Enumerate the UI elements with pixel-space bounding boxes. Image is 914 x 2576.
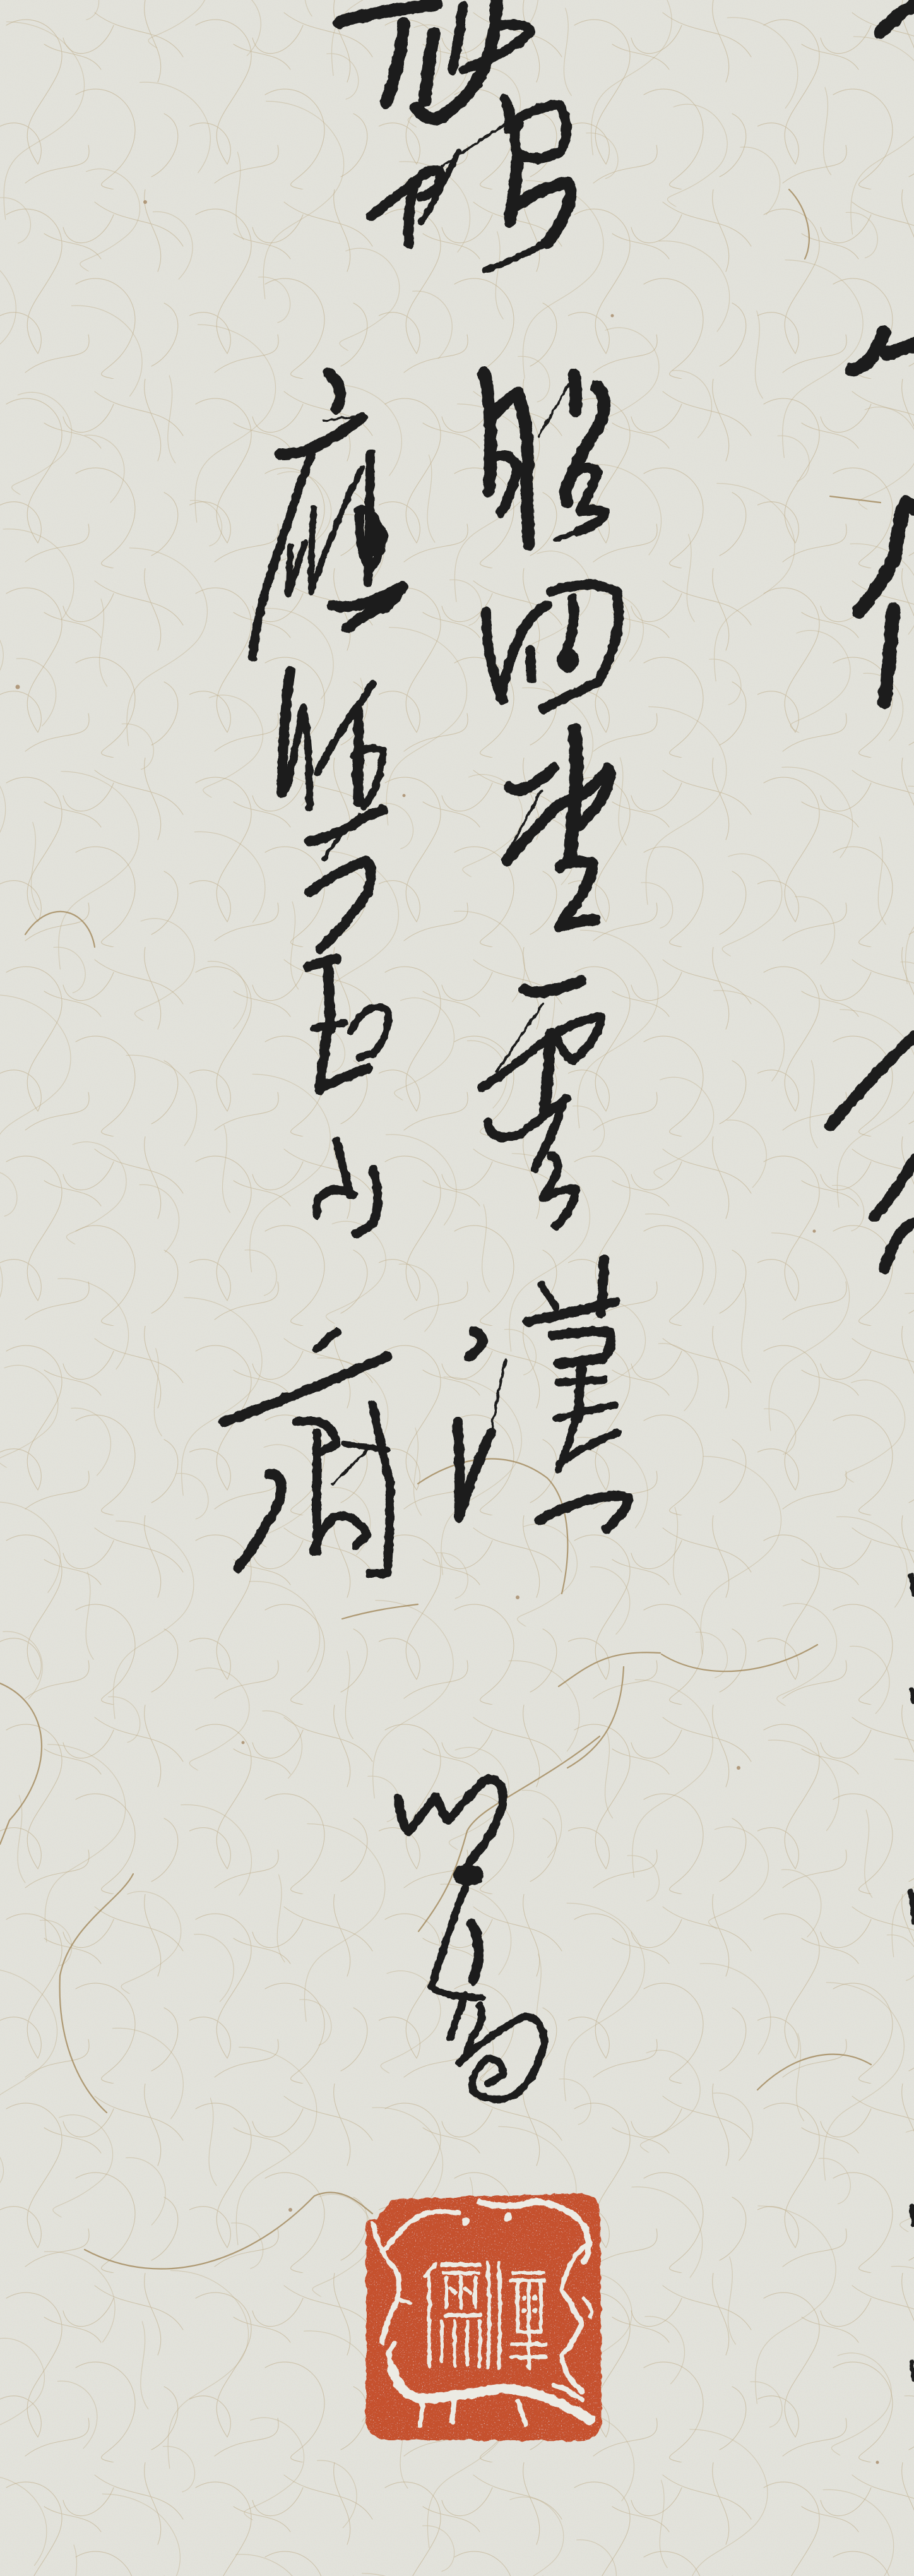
calligraphy-artwork: 鶴 鳴 昭 回 (0, 0, 914, 2576)
paper-fibers-pattern-b (0, 0, 914, 2576)
artwork-canvas: 鶴 鳴 昭 回 (0, 0, 914, 2576)
seal: 溥儒 儒 溥 (366, 2193, 602, 2441)
